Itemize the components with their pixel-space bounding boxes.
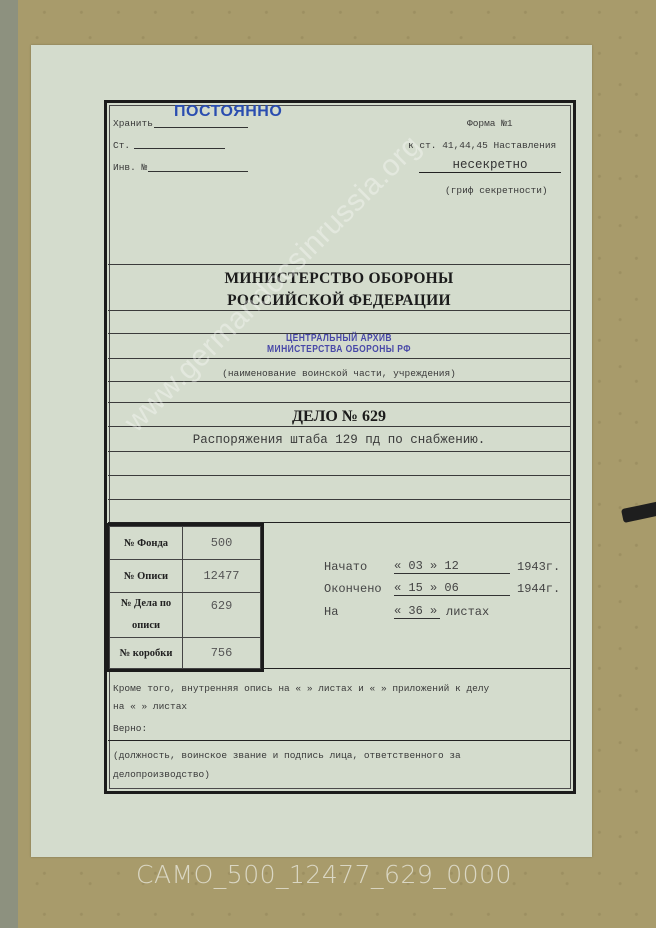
scanner-edge-strip: [0, 0, 18, 928]
case-description: Распоряжения штаба 129 пд по снабжению.: [108, 433, 570, 447]
inner-inventory-note-2: на « » листах: [113, 701, 187, 712]
sheets-value: « 36 »: [394, 604, 440, 619]
rule-line: [108, 451, 570, 452]
inv-label: Инв. №: [113, 162, 147, 173]
inv-field: [148, 171, 248, 172]
st-field: [134, 148, 225, 149]
box-value: 756: [183, 638, 261, 669]
form-label: Форма №1: [467, 118, 513, 129]
inner-inventory-note: Кроме того, внутренняя опись на « » лист…: [113, 683, 489, 694]
fund-table: № Фонда 500 № Описи 12477 № Дела по опис…: [106, 523, 264, 672]
started-year: 1943г.: [517, 560, 560, 574]
classification-value: несекретно: [419, 158, 561, 173]
fund-label: № Фонда: [110, 527, 183, 560]
ended-label: Окончено: [324, 582, 382, 596]
image-id-caption: CAMO_500_12477_629_0000: [136, 860, 512, 889]
signature-caption-1: (должность, воинское звание и подпись ли…: [113, 750, 461, 761]
ended-year: 1944г.: [517, 582, 560, 596]
case-number-value: 629: [183, 593, 261, 638]
sheets-suffix: листах: [446, 605, 489, 619]
inventory-label: № Описи: [110, 560, 183, 593]
ministry-line-2: РОССИЙСКОЙ ФЕДЕРАЦИИ: [108, 292, 570, 310]
rule-line: [108, 740, 570, 741]
case-number-label: № Дела по описи: [110, 593, 183, 638]
box-label: № коробки: [110, 638, 183, 669]
sheets-label: На: [324, 605, 338, 619]
rule-line: [108, 499, 570, 500]
verified-label: Верно:: [113, 723, 147, 734]
fund-value: 500: [183, 527, 261, 560]
signature-caption-2: делопроизводство): [113, 769, 210, 780]
keep-field: [154, 127, 248, 128]
ministry-line-1: МИНИСТЕРСТВО ОБОРОНЫ: [108, 270, 570, 288]
case-title: ДЕЛО № 629: [108, 408, 570, 426]
rule-line: [108, 310, 570, 311]
st-label: Ст.: [113, 140, 130, 151]
keep-label: Хранить: [113, 118, 153, 129]
rule-line: [108, 426, 570, 427]
ended-value: « 15 » 06: [394, 581, 510, 596]
started-label: Начато: [324, 560, 367, 574]
classification-caption: (гриф секретности): [445, 185, 548, 196]
started-value: « 03 » 12: [394, 559, 510, 574]
rule-line: [108, 475, 570, 476]
keep-stamp: ПОСТОЯННО: [174, 103, 282, 121]
rule-line: [108, 264, 570, 265]
inventory-value: 12477: [183, 560, 261, 593]
